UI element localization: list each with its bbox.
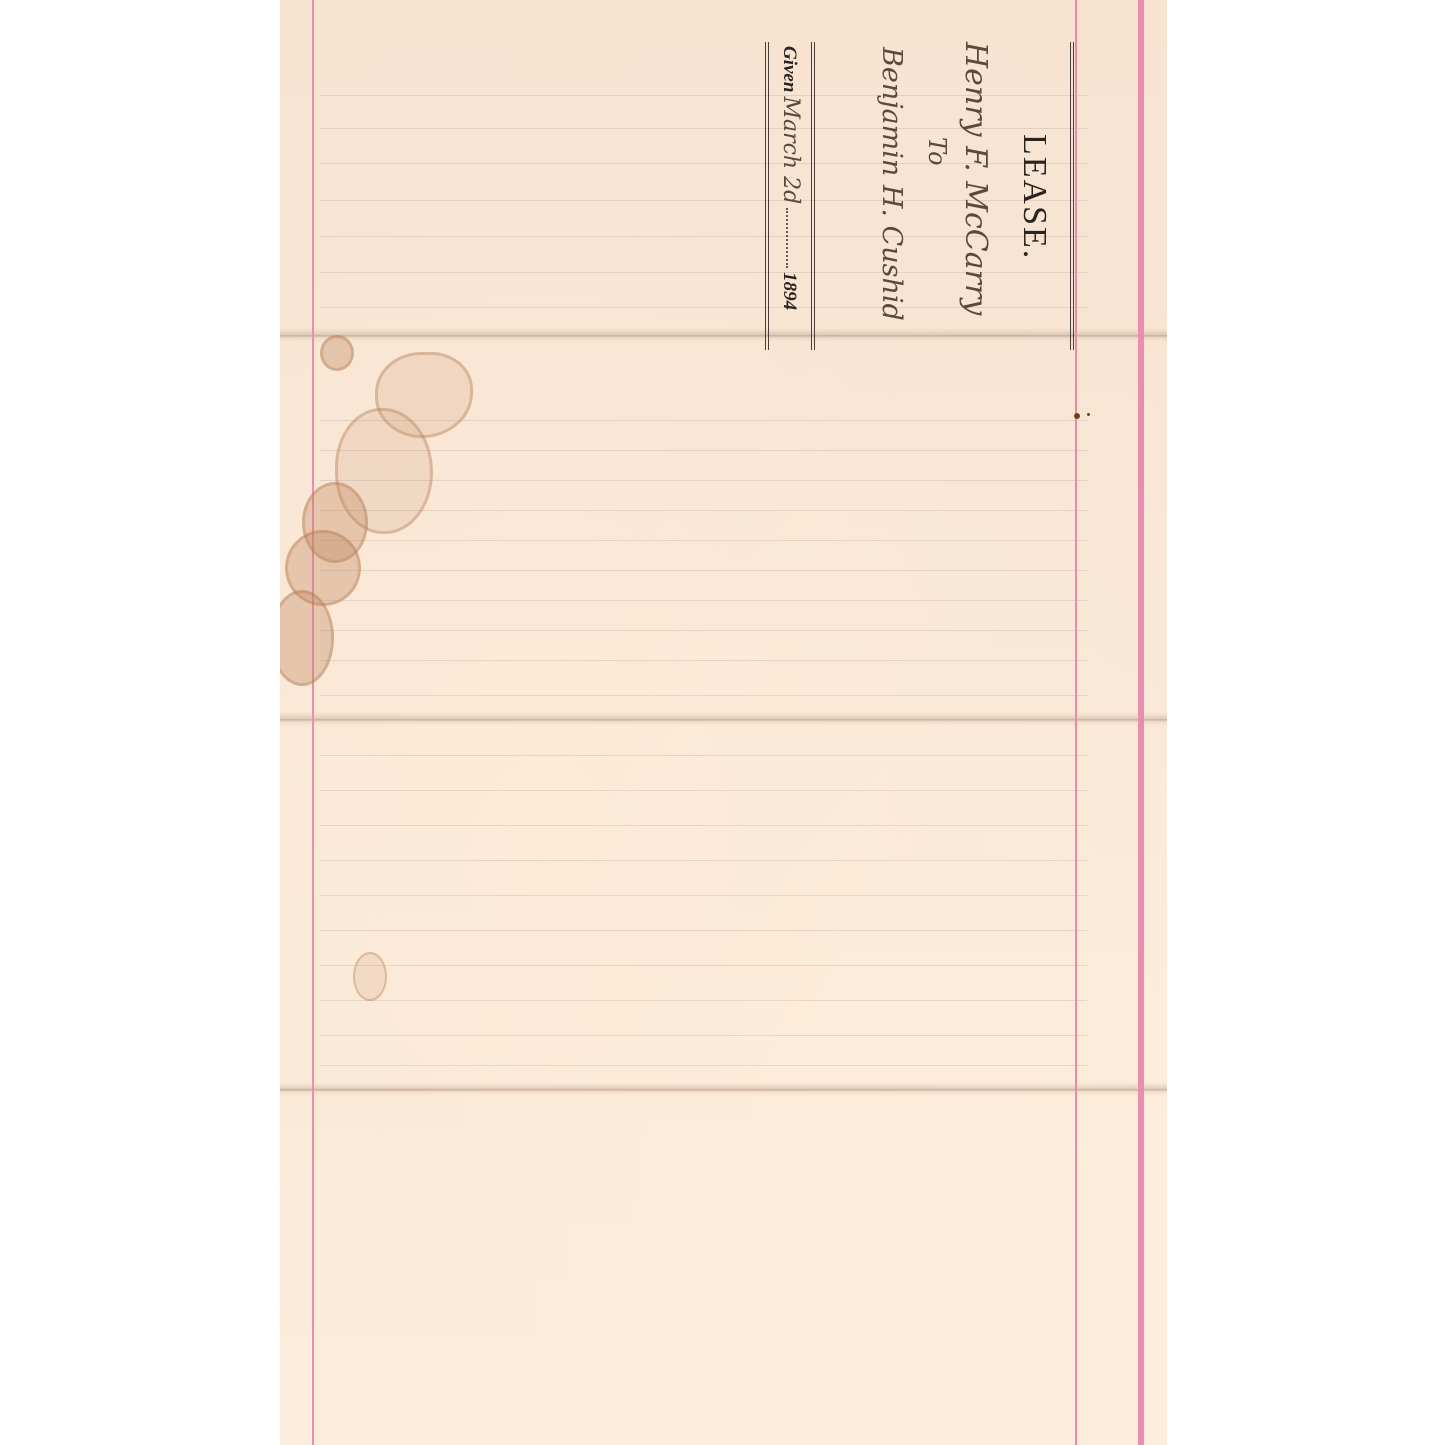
document-title: LEASE. — [1015, 134, 1053, 260]
given-label: Given — [779, 46, 800, 92]
ruled-line — [320, 1035, 1087, 1036]
ruled-line — [320, 630, 1087, 631]
ruled-line — [320, 1000, 1087, 1001]
given-line: Given March 2d 1894 — [778, 46, 803, 310]
ruled-line — [320, 895, 1087, 896]
box-rule — [768, 42, 769, 350]
ruled-line — [320, 450, 1087, 451]
given-year: 1894 — [779, 272, 800, 310]
ruled-line — [320, 695, 1087, 696]
left-margin-rule — [312, 0, 314, 1445]
ruled-line — [320, 660, 1087, 661]
ruled-line — [320, 930, 1087, 931]
endorsement-panel: LEASE. Henry F. McCarry To Benjamin H. C… — [765, 42, 1075, 352]
lease-document: LEASE. Henry F. McCarry To Benjamin H. C… — [280, 0, 1167, 1445]
dotted-leader — [786, 208, 789, 268]
ruled-line — [320, 790, 1087, 791]
ink-speck — [1087, 413, 1090, 416]
fold-crease — [280, 712, 1167, 726]
ink-speck — [1074, 413, 1080, 419]
box-rule — [1073, 42, 1074, 350]
given-date: March 2d — [778, 96, 803, 204]
ruled-line — [320, 825, 1087, 826]
ruled-line — [320, 860, 1087, 861]
box-rule — [765, 42, 766, 350]
box-rule — [811, 42, 812, 350]
ruled-line — [320, 965, 1087, 966]
right-edge-rule — [1138, 0, 1144, 1445]
right-margin-rule — [1075, 0, 1077, 1445]
lessor-name: Henry F. McCarry — [958, 42, 993, 315]
box-rule — [814, 42, 815, 350]
box-rule — [1070, 42, 1071, 350]
ruled-line — [320, 540, 1087, 541]
ruled-line — [320, 600, 1087, 601]
water-stain — [353, 952, 387, 1001]
ruled-line — [320, 480, 1087, 481]
water-stain — [320, 335, 354, 371]
lessee-name: Benjamin H. Cushid — [876, 47, 907, 321]
ruled-line — [320, 755, 1087, 756]
ruled-line — [320, 1065, 1087, 1066]
fold-crease — [280, 1082, 1167, 1096]
ruled-line — [320, 510, 1087, 511]
connector-text: To — [923, 137, 951, 166]
ruled-line — [320, 570, 1087, 571]
